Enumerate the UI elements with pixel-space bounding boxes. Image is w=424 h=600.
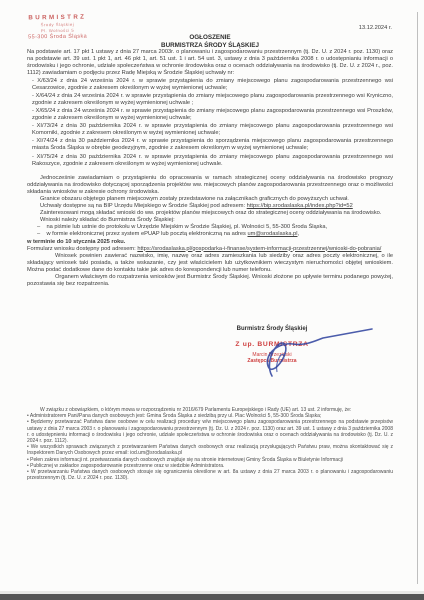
deputy-mayor-stamp: Z up. BURMISTRZA Marcin Brzeziński Zastę… [187,341,357,365]
email-link[interactable]: um@srodaslaska.pl [247,231,297,237]
rodo-bullet: Pełen zakres informacji nt. przetwarzani… [27,457,393,463]
deadline-line: w terminie do 10 stycznia 2025 roku. [27,239,393,246]
signature-block: Burmistrz Środy Śląskiej Z up. BURMISTRZ… [187,326,357,365]
bip-link[interactable]: https://bip.srodaslaska.pl/index.php?id=… [247,203,353,209]
intro-paragraph: Na podstawie art. 17 pkt 1 ustawy z dnia… [27,49,393,77]
title-line-1: OGŁOSZENIE [27,34,393,42]
scan-bottom-bar [0,594,424,600]
bip-paragraph-text: Uchwały dostępne są na BIP Urzędu Miejsk… [40,203,245,209]
title-line-2: BURMISTRZA ŚRODY ŚLĄSKIEJ [27,42,393,50]
submit-option-electronic-suffix: , [297,231,299,237]
rodo-section: W związku z obowiązkiem, o którym mowa w… [27,407,393,481]
resolution-item: - XI/74/24 z dnia 30 października 2024 r… [27,138,393,152]
page-edge-line [417,12,418,584]
form-paragraph-text: Formularz wniosku dostępny pod adresem: [27,246,136,252]
bip-paragraph: Uchwały dostępne są na BIP Urzędu Miejsk… [27,203,393,210]
document-page: BURMISTRZ Środy Śląskiej Pl. Wolności 5 … [0,0,424,600]
resolution-item: - X/65/24 z dnia 24 września 2024 r. w s… [27,108,393,122]
request-content-paragraph: Wniosek powinien zawierać nazwisko, imię… [27,253,393,274]
rodo-bullet: We wszystkich sprawach związanych z prze… [27,444,393,456]
resolution-item: - X/64/24 z dnia 24 września 2024 r. w s… [27,93,393,107]
form-paragraph: Formularz wniosku dostępny pod adresem: … [27,246,393,253]
rodo-bullet: Będziemy przetwarzać Państwa dane osobow… [27,419,393,444]
resolution-item: - XI/75/24 z dnia 30 października 2024 r… [27,154,393,168]
deputy-stamp-line: Z up. BURMISTRZA [187,341,357,350]
authority-paragraph: Organem właściwym do rozpatrzenia wniosk… [27,274,393,288]
deputy-stamp-role: Zastępca Burmistrza [187,358,357,365]
resolutions-list: - X/63/24 z dnia 24 września 2024 r. w s… [27,78,393,168]
document-title: OGŁOSZENIE BURMISTRZA ŚRODY ŚLĄSKIEJ [27,34,393,49]
sea-paragraph: Jednocześnie zawiadamiam o przystąpieniu… [27,175,393,196]
rodo-bullet: W przetwarzaniu Państwa danych osobowych… [27,469,393,481]
form-link[interactable]: https://srodaslaska.pl/gospodarka-i-fina… [137,246,381,252]
resolution-item: - X/63/24 z dnia 24 września 2024 r. w s… [27,78,393,92]
borders-paragraph: Granice obszaru objętego planem miejscow… [27,196,393,203]
document-content: OGŁOSZENIE BURMISTRZA ŚRODY ŚLĄSKIEJ Na … [27,0,393,481]
submit-option-paper: – na piśmie lub ustnie do protokołu w Ur… [27,224,393,231]
signature-title: Burmistrz Środy Śląskiej [187,326,357,333]
submit-option-electronic-text: – w formie elektronicznej przez system e… [37,231,246,237]
submit-option-electronic: – w formie elektronicznej przez system e… [27,231,393,238]
resolution-item: - XI/73/24 z dnia 30 października 2024 r… [27,123,393,137]
